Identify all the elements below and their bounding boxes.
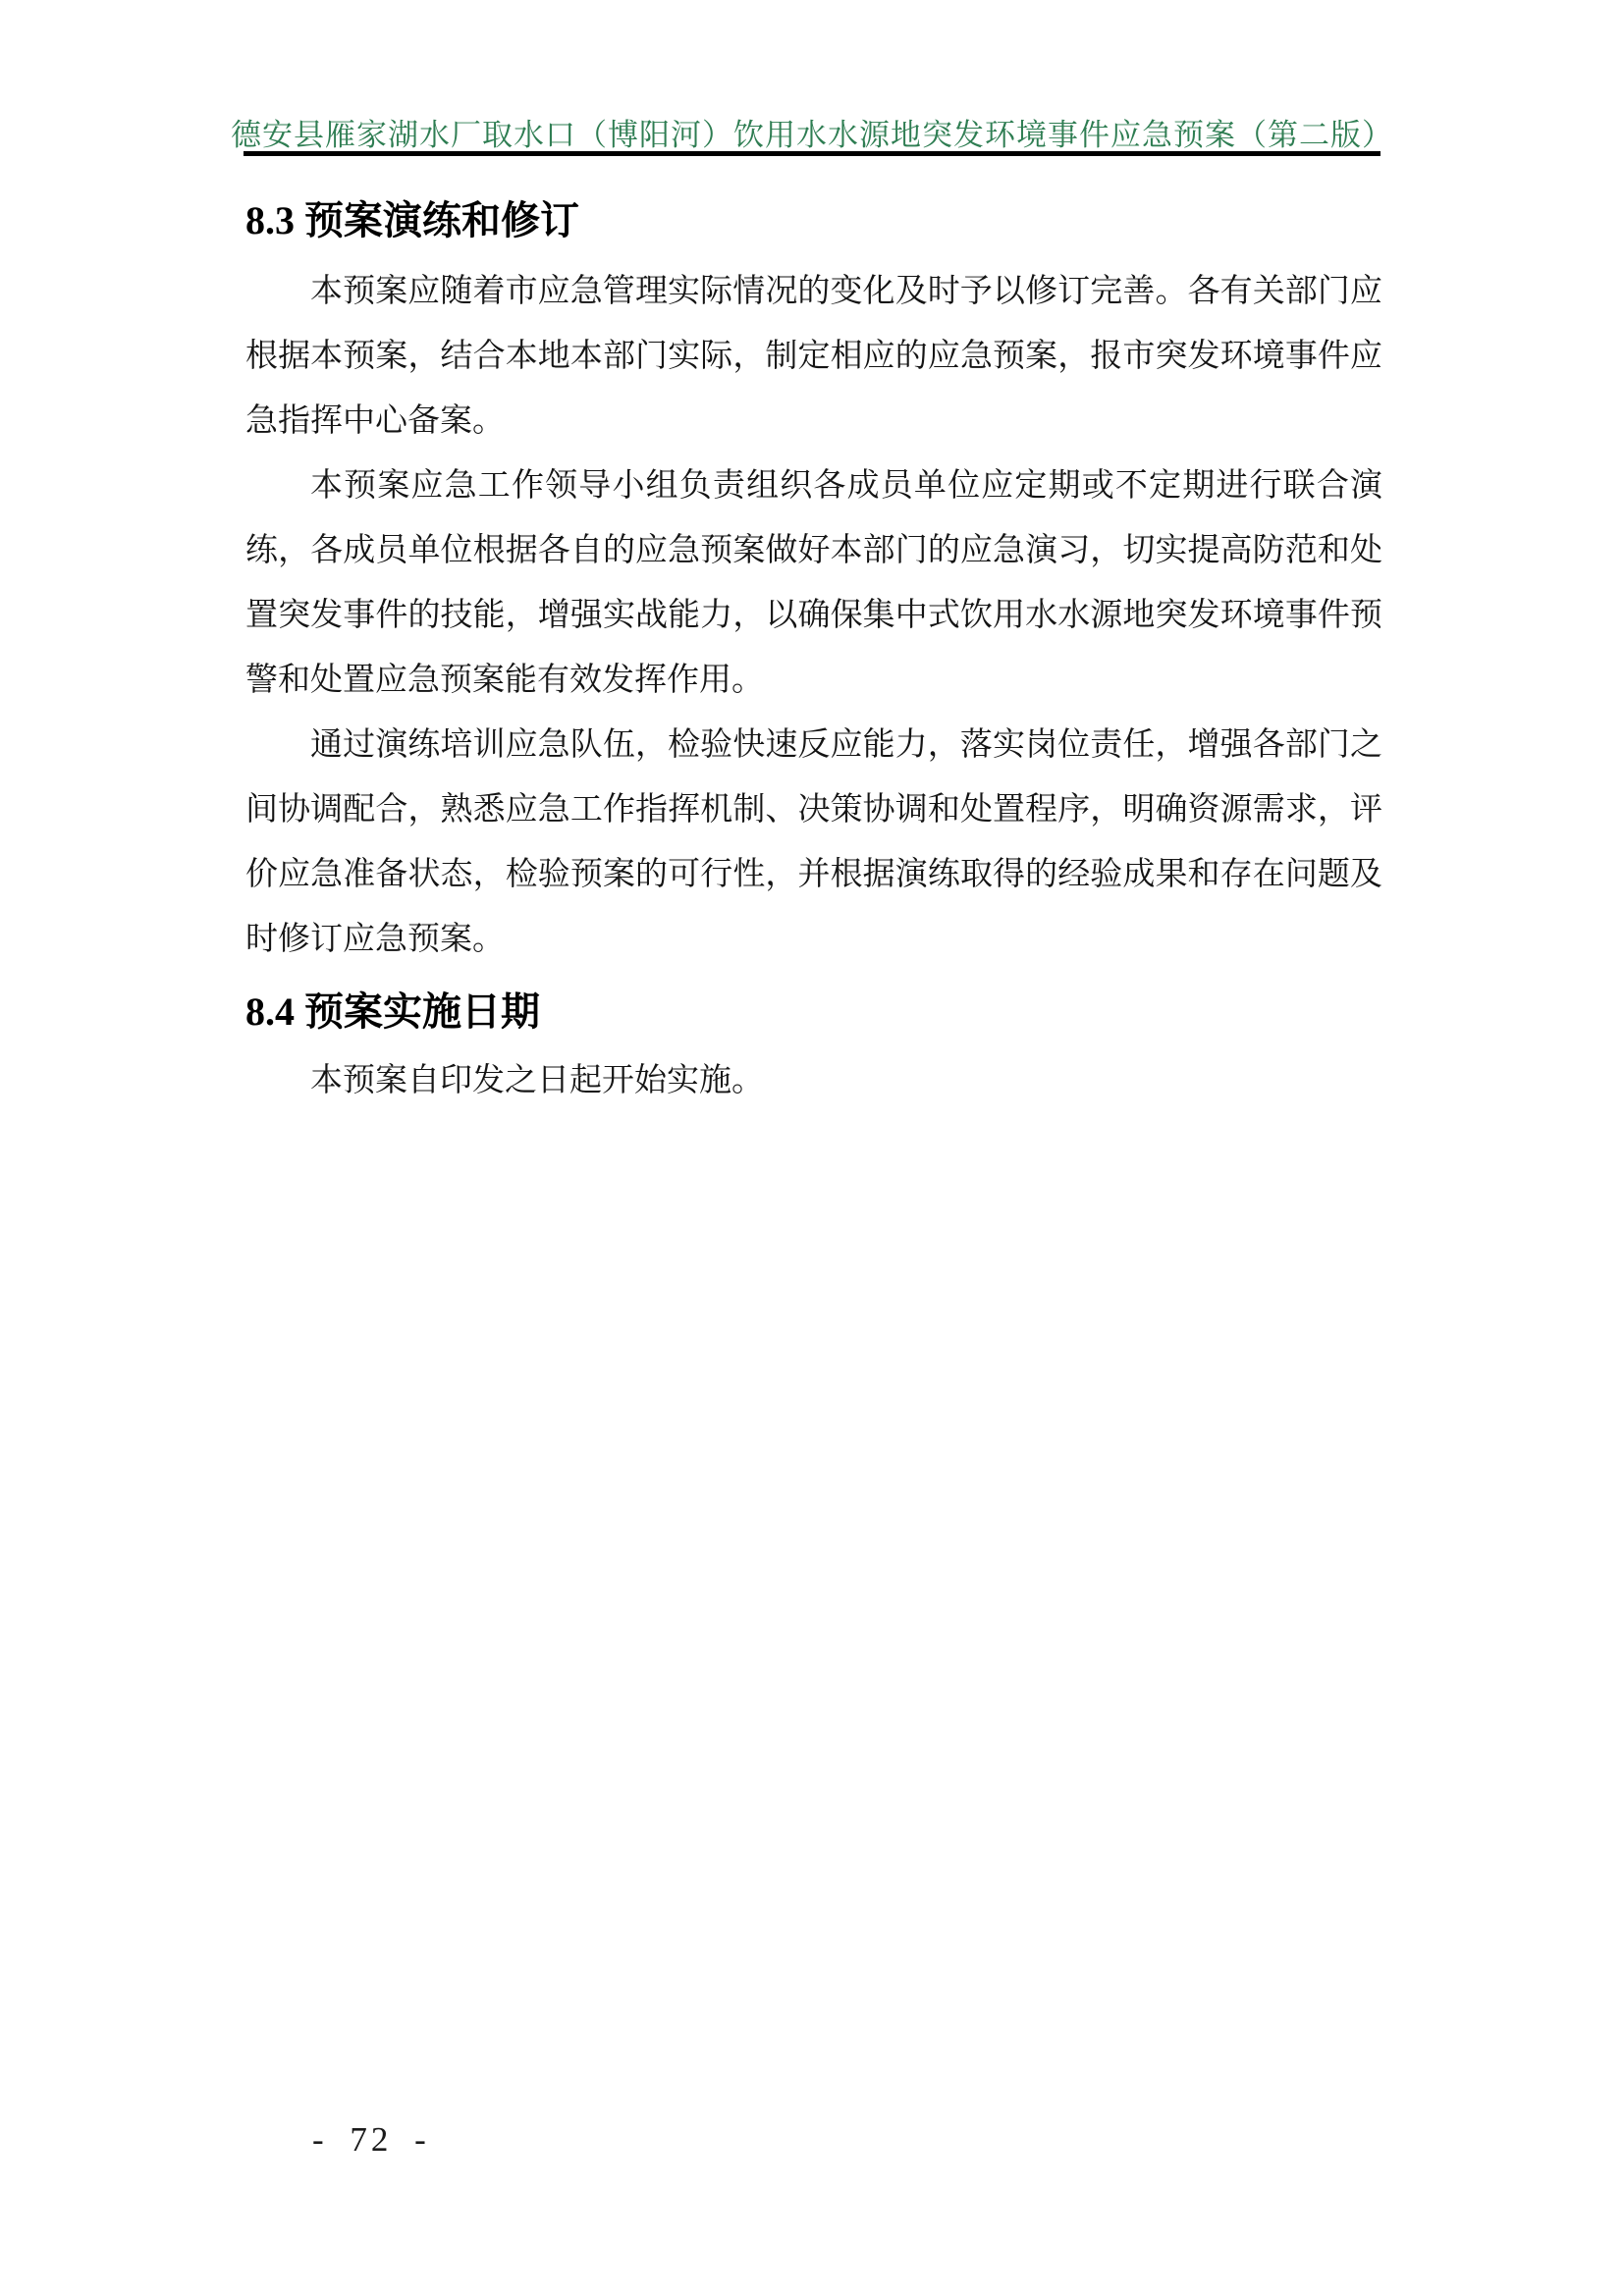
page-header-title: 德安县雁家湖水厂取水口（博阳河）饮用水水源地突发环境事件应急预案（第二版） — [0, 110, 1624, 154]
header-divider-rule — [244, 151, 1380, 156]
document-body: 8.3 预案演练和修订 本预案应随着市应急管理实际情况的变化及时予以修订完善。各… — [245, 194, 1382, 1113]
page-number: - 72 - — [312, 2120, 430, 2160]
section-heading-8-4: 8.4 预案实施日期 — [245, 986, 1382, 1039]
section-heading-8-3: 8.3 预案演练和修订 — [245, 194, 1382, 247]
paragraph-revision-1: 本预案应随着市应急管理实际情况的变化及时予以修订完善。各有关部门应根据本预案，结… — [245, 259, 1382, 454]
paragraph-implementation: 本预案自印发之日起开始实施。 — [245, 1048, 1382, 1113]
document-page: 德安县雁家湖水厂取水口（博阳河）饮用水水源地突发环境事件应急预案（第二版） 8.… — [0, 0, 1624, 2296]
paragraph-drill-2: 本预案应急工作领导小组负责组织各成员单位应定期或不定期进行联合演练，各成员单位根… — [245, 454, 1382, 713]
paragraph-training-3: 通过演练培训应急队伍，检验快速反应能力，落实岗位责任，增强各部门之间协调配合，熟… — [245, 713, 1382, 972]
